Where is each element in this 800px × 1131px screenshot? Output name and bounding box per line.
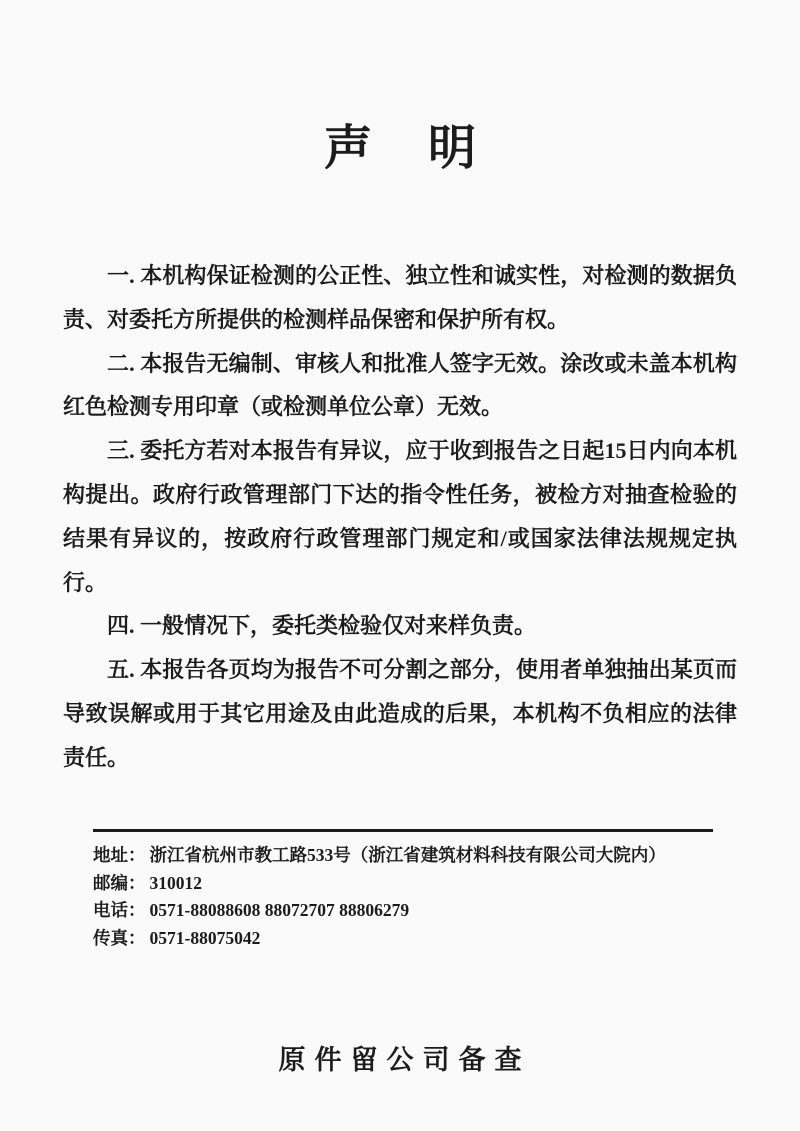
contact-block: 地址：浙江省杭州市教工路533号（浙江省建筑材料科技有限公司大院内） 邮编：31… <box>93 829 713 952</box>
statement-paragraph-3: 三. 委托方若对本报告有异议，应于收到报告之日起15日内向本机构提出。政府行政管… <box>63 429 737 604</box>
page-title-char-1: 声 <box>324 122 372 176</box>
contact-address-line: 地址：浙江省杭州市教工路533号（浙江省建筑材料科技有限公司大院内） <box>93 842 713 870</box>
contact-postcode-value: 310012 <box>150 873 203 893</box>
contact-phone-label: 电话： <box>93 900 146 920</box>
divider-line <box>93 829 713 832</box>
contact-phone-line: 电话：0571-88088608 88072707 88806279 <box>93 897 713 925</box>
statement-paragraph-1: 一. 本机构保证检测的公正性、独立性和诚实性，对检测的数据负责、对委托方所提供的… <box>63 254 737 342</box>
contact-address-label: 地址： <box>93 845 146 865</box>
contact-fax-line: 传真：0571-88075042 <box>93 925 713 953</box>
page-title: 声 明 <box>0 122 800 176</box>
contact-fax-value: 0571-88075042 <box>150 928 261 948</box>
contact-address-value: 浙江省杭州市教工路533号（浙江省建筑材料科技有限公司大院内） <box>150 845 666 865</box>
statement-paragraph-4: 四. 一般情况下，委托类检验仅对来样负责。 <box>63 604 737 648</box>
contact-postcode-label: 邮编： <box>93 873 146 893</box>
statement-body: 一. 本机构保证检测的公正性、独立性和诚实性，对检测的数据负责、对委托方所提供的… <box>63 254 737 780</box>
statement-paragraph-2: 二. 本报告无编制、审核人和批准人签字无效。涂改或未盖本机构红色检测专用印章（或… <box>63 342 737 430</box>
archive-note: 原件留公司备查 <box>0 1038 800 1077</box>
contact-fax-label: 传真： <box>93 928 146 948</box>
statement-paragraph-5: 五. 本报告各页均为报告不可分割之部分，使用者单独抽出某页而导致误解或用于其它用… <box>63 648 737 779</box>
contact-postcode-line: 邮编：310012 <box>93 870 713 898</box>
page-title-char-2: 明 <box>428 122 476 176</box>
contact-phone-value: 0571-88088608 88072707 88806279 <box>150 900 410 920</box>
statement-page: 声 明 一. 本机构保证检测的公正性、独立性和诚实性，对检测的数据负责、对委托方… <box>0 0 800 1131</box>
